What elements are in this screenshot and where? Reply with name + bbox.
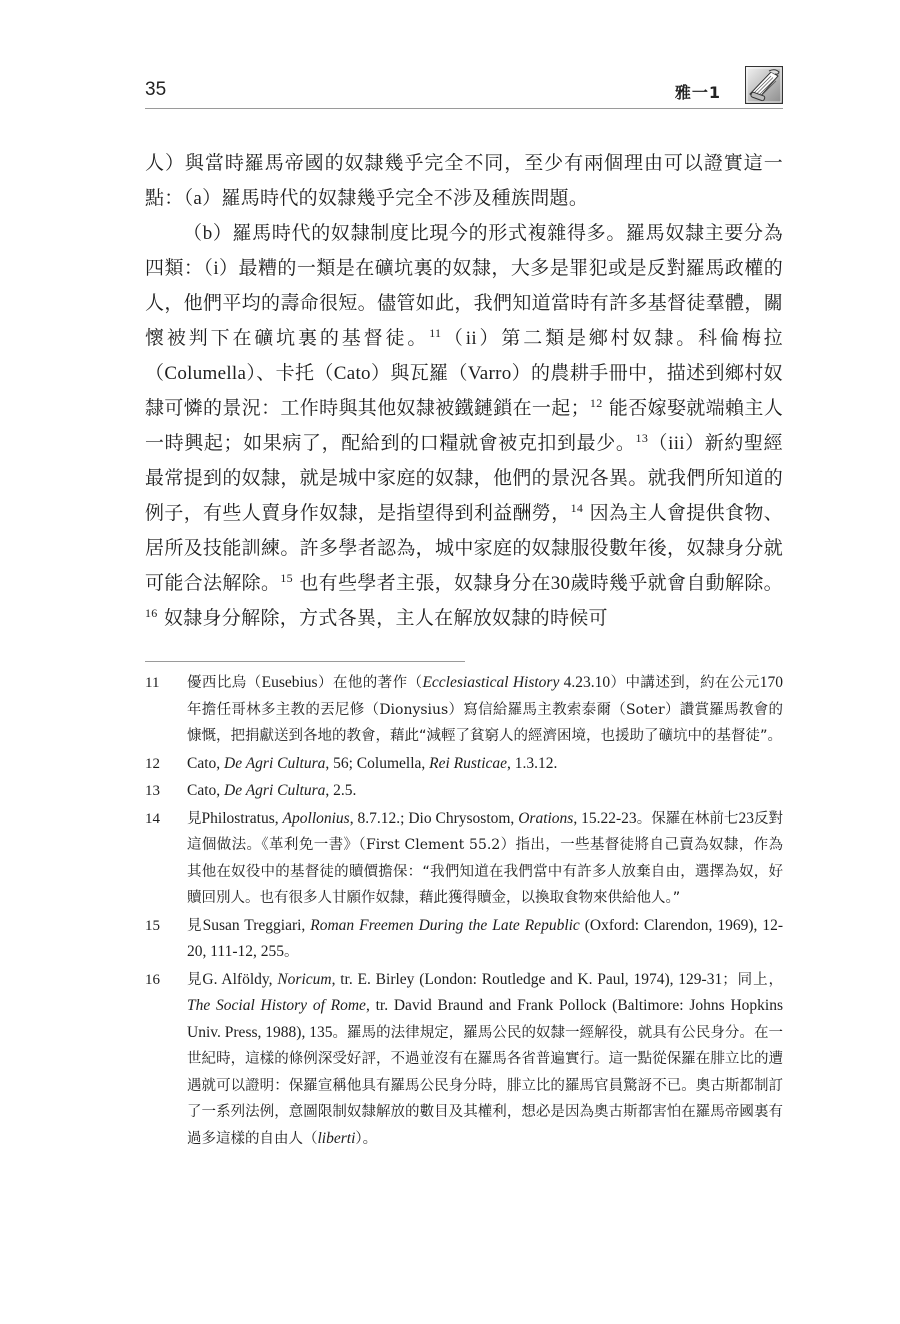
text: 優西比烏（ bbox=[187, 675, 262, 691]
footnote-ref-16[interactable]: 16 bbox=[145, 606, 158, 620]
scroll-parchment-icon bbox=[745, 66, 783, 104]
text: iii bbox=[668, 433, 685, 454]
footnote-number: 13 bbox=[145, 778, 160, 805]
footnote-number: 14 bbox=[145, 806, 160, 833]
footnote-11: 11 優西比烏（Eusebius）在他的著作（Ecclesiastical Hi… bbox=[145, 670, 783, 750]
text: ；同上， bbox=[722, 972, 783, 988]
text: 歲時幾乎就會自動解除。 bbox=[570, 572, 783, 594]
book-title: Noricum bbox=[277, 971, 331, 988]
text: 170 bbox=[760, 674, 783, 691]
footnote-text: 優西比烏（Eusebius）在他的著作（Ecclesiastical Histo… bbox=[187, 675, 783, 744]
text: （ bbox=[648, 432, 668, 454]
book-title: Roman Freemen During the Late Republic bbox=[310, 917, 580, 934]
text: （ bbox=[183, 222, 203, 244]
text: Susan Treggiari, bbox=[203, 917, 311, 934]
latin-term: liberti bbox=[318, 1130, 356, 1147]
text: G. Alföldy, bbox=[202, 971, 277, 988]
footnote-ref-14[interactable]: 14 bbox=[571, 501, 584, 515]
paragraph: 人）與當時羅馬帝國的奴隸幾乎完全不同，至少有兩個理由可以證實這一點：（a）羅馬時… bbox=[145, 146, 783, 216]
text: Varro bbox=[468, 363, 512, 384]
footnote-number: 15 bbox=[145, 913, 160, 940]
footnote-12: 12 Cato, De Agri Cultura, 56; Columella,… bbox=[145, 751, 783, 778]
text: Soter bbox=[626, 702, 665, 718]
footnote-text: 見Susan Treggiari, Roman Freemen During t… bbox=[187, 918, 783, 961]
footnote-14: 14 見Philostratus, Apollonius, 8.7.12.; D… bbox=[145, 806, 783, 912]
text: , 8.7.12.; Dio Chrysostom, bbox=[350, 810, 519, 827]
footnote-13: 13 Cato, De Agri Cultura, 2.5. bbox=[145, 778, 783, 805]
footnote-number: 11 bbox=[145, 670, 159, 697]
text: Cato bbox=[334, 363, 371, 384]
footnote-ref-11[interactable]: 11 bbox=[429, 326, 441, 340]
text: ii bbox=[466, 328, 477, 349]
text: 見 bbox=[187, 918, 203, 934]
text: ）羅馬時代的奴隸幾乎完全不涉及種族問題。 bbox=[202, 187, 588, 209]
text: b bbox=[203, 223, 213, 244]
text: ）中講述到，約在公元 bbox=[610, 675, 760, 691]
text: , 56; Columella, bbox=[325, 755, 429, 772]
text: 。保羅在林前七 bbox=[637, 811, 739, 827]
text: 。 bbox=[284, 944, 299, 960]
text: ）在他的著作（ bbox=[318, 675, 423, 691]
text: Columella bbox=[164, 363, 246, 384]
text: 奴隸身分解除，方式各異，主人在解放奴隸的時候可 bbox=[158, 607, 608, 629]
text: 。羅馬的法律規定，羅馬公民的奴隸一經解役，就具有公民身分。在一世紀時，這樣的條例… bbox=[187, 1025, 783, 1147]
text: 年擔任哥林多主教的丟尼修（ bbox=[187, 702, 379, 718]
book-title: Apollonius bbox=[283, 810, 350, 827]
text: Cato, bbox=[187, 755, 224, 772]
footnote-number: 16 bbox=[145, 967, 160, 994]
footnotes: 11 優西比烏（Eusebius）在他的著作（Ecclesiastical Hi… bbox=[145, 670, 783, 1153]
book-title: De Agri Cultura bbox=[224, 782, 325, 799]
footnote-ref-12[interactable]: 12 bbox=[590, 396, 603, 410]
page-header: 35 雅一1 bbox=[145, 66, 783, 109]
footnote-15: 15 見Susan Treggiari, Roman Freemen Durin… bbox=[145, 913, 783, 966]
book-title: Rei Rusticae bbox=[429, 755, 507, 772]
text: First Clement 55.2 bbox=[366, 837, 500, 853]
text: Eusebius bbox=[262, 674, 318, 691]
text: Philostratus, bbox=[202, 810, 283, 827]
footnote-number: 12 bbox=[145, 751, 160, 778]
text: , tr. E. Birley (London: Routledge and K… bbox=[332, 971, 723, 988]
footnote-16: 16 見G. Alföldy, Noricum, tr. E. Birley (… bbox=[145, 967, 783, 1153]
book-title: Ecclesiastical History bbox=[422, 674, 559, 691]
footnote-divider bbox=[145, 661, 465, 662]
running-head: 雅一1 bbox=[675, 80, 721, 103]
footnote-text: Cato, De Agri Cultura, 2.5. bbox=[187, 783, 356, 799]
text: Dionysius bbox=[379, 702, 448, 718]
text: （ bbox=[441, 327, 465, 349]
footnote-text: 見Philostratus, Apollonius, 8.7.12.; Dio … bbox=[187, 811, 783, 907]
paragraph: （b）羅馬時代的奴隸制度比現今的形式複雜得多。羅馬奴隸主要分為四類：（i）最糟的… bbox=[145, 216, 783, 636]
book-title: The Social History of Rome bbox=[187, 997, 366, 1014]
text: Cato, bbox=[187, 782, 224, 799]
text: a bbox=[193, 188, 202, 209]
main-body: 人）與當時羅馬帝國的奴隸幾乎完全不同，至少有兩個理由可以證實這一點：（a）羅馬時… bbox=[145, 146, 783, 636]
footnote-ref-15[interactable]: 15 bbox=[280, 571, 293, 585]
footnote-text: Cato, De Agri Cultura, 56; Columella, Re… bbox=[187, 756, 557, 772]
book-title: Orations bbox=[518, 810, 573, 827]
page-number: 35 bbox=[145, 79, 166, 101]
text: 30 bbox=[551, 573, 571, 594]
text: , 2.5. bbox=[325, 782, 356, 799]
footnote-text: 見G. Alföldy, Noricum, tr. E. Birley (Lon… bbox=[187, 972, 783, 1147]
text: ）與瓦羅（ bbox=[371, 362, 468, 384]
footnote-ref-13[interactable]: 13 bbox=[636, 431, 649, 445]
text: ）。 bbox=[355, 1131, 377, 1147]
text: 見 bbox=[187, 972, 202, 988]
text: 也有些學者主張，奴隸身分在 bbox=[293, 572, 551, 594]
text: 見 bbox=[187, 811, 202, 827]
book-title: De Agri Cultura bbox=[224, 755, 325, 772]
text: 23 bbox=[738, 810, 754, 827]
text: , 15.22-23 bbox=[573, 810, 636, 827]
text: ）寫信給羅馬主教索泰爾（ bbox=[448, 702, 626, 718]
text: 4.23.10 bbox=[559, 674, 610, 691]
text: , 1.3.12. bbox=[507, 755, 557, 772]
text: ）、卡托（ bbox=[246, 362, 334, 384]
